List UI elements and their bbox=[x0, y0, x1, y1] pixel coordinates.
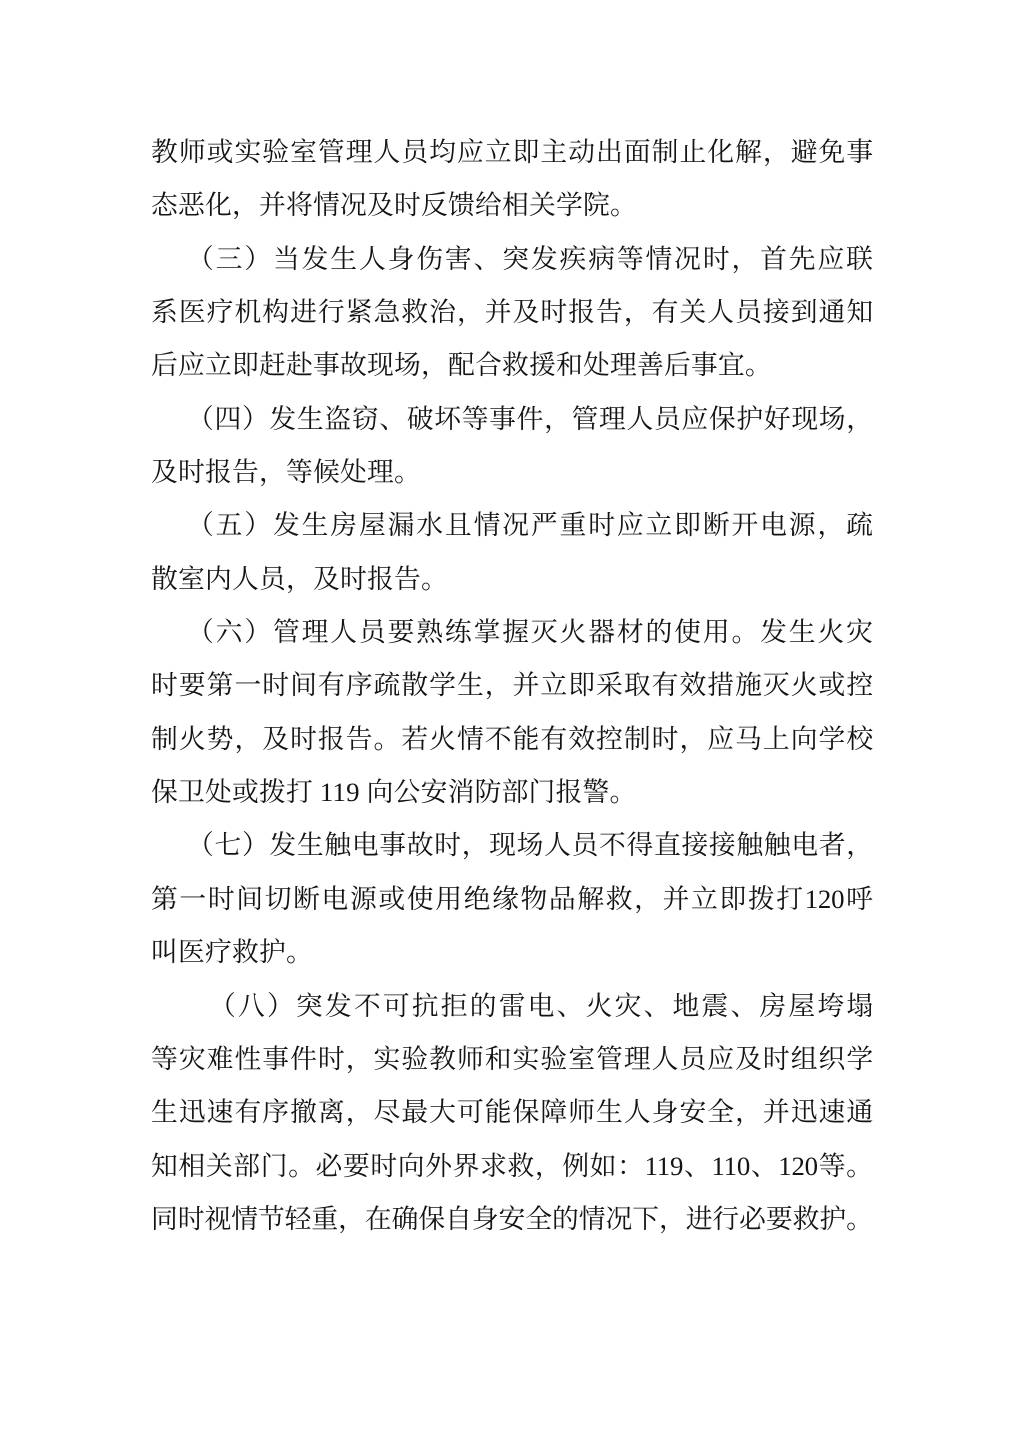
text-token: 第 bbox=[151, 873, 178, 926]
text-token: 突 bbox=[502, 233, 529, 286]
text-token: 事 bbox=[262, 1033, 289, 1086]
text-token: ， bbox=[462, 819, 489, 872]
text-token: 师 bbox=[457, 1033, 484, 1086]
text-token: 。 bbox=[846, 1193, 873, 1246]
text-token: 电 bbox=[352, 819, 379, 872]
text-token: 序 bbox=[262, 1086, 289, 1139]
text-token: 和 bbox=[485, 1033, 512, 1086]
text-token: 况 bbox=[502, 499, 529, 552]
text-token: 使 bbox=[407, 873, 434, 926]
text-token: 护 bbox=[819, 1193, 846, 1246]
text-token: 有 bbox=[652, 286, 679, 339]
text-token: 有 bbox=[652, 659, 679, 712]
text-token: 有 bbox=[540, 713, 567, 766]
text-token: 措 bbox=[707, 659, 734, 712]
text-token: 病 bbox=[588, 233, 615, 286]
text-token: 验 bbox=[262, 126, 289, 179]
text-token: 管 bbox=[572, 393, 599, 446]
text-token: ， bbox=[234, 713, 261, 766]
text-token: 构 bbox=[262, 286, 289, 339]
text-token: 况 bbox=[674, 233, 701, 286]
text-token: 盗 bbox=[324, 393, 351, 446]
text-token: 漏 bbox=[388, 499, 415, 552]
text-token: 窃 bbox=[352, 393, 379, 446]
text-token: 电 bbox=[760, 499, 787, 552]
text-token: 撤 bbox=[290, 1086, 317, 1139]
text-token: 绝 bbox=[464, 873, 491, 926]
text-token: ， bbox=[679, 713, 706, 766]
text-token: 视 bbox=[204, 1193, 231, 1246]
text-token: 电 bbox=[322, 873, 349, 926]
text-token: 。 bbox=[288, 1140, 315, 1193]
text-token: 生 bbox=[297, 393, 324, 446]
text-token: 坏 bbox=[434, 393, 461, 446]
text-token: 火 bbox=[560, 606, 587, 659]
text-token: 性 bbox=[234, 1033, 261, 1086]
text-token: 告 bbox=[596, 286, 623, 339]
text-token: 发 bbox=[531, 233, 558, 286]
text-token: 情 bbox=[231, 1193, 258, 1246]
text-line: 制火势，及时报告。若火情不能有效控制时，应马上向学校 bbox=[151, 713, 873, 766]
text-token: 确 bbox=[392, 1193, 419, 1246]
text-token: 水 bbox=[416, 499, 443, 552]
text-token: 一 bbox=[179, 873, 206, 926]
text-token: 自 bbox=[445, 1193, 472, 1246]
text-token: 可 bbox=[457, 1086, 484, 1139]
text-token: 员 bbox=[679, 1033, 706, 1086]
text-token: 室 bbox=[290, 126, 317, 179]
text-token: 、 bbox=[557, 980, 584, 1033]
text-token: 。 bbox=[846, 1140, 873, 1193]
text-token: 保 bbox=[418, 1193, 445, 1246]
text-token: 事 bbox=[379, 819, 406, 872]
text-token: 员 bbox=[359, 606, 386, 659]
text-token: 六 bbox=[216, 606, 243, 659]
text-token: ， bbox=[624, 286, 651, 339]
text-token: 或 bbox=[819, 659, 846, 712]
text-token: ） bbox=[244, 499, 271, 552]
text-token: 关 bbox=[679, 286, 706, 339]
text-token: 灭 bbox=[531, 606, 558, 659]
text-token: 并 bbox=[513, 659, 540, 712]
text-token: 房 bbox=[759, 980, 786, 1033]
text-token: 采 bbox=[596, 659, 623, 712]
text-token: 断 bbox=[703, 499, 730, 552]
text-token: 疾 bbox=[560, 233, 587, 286]
text-token: 安 bbox=[679, 1086, 706, 1139]
text-token: 好 bbox=[764, 393, 791, 446]
text-token: 理 bbox=[346, 126, 373, 179]
text-token: 严 bbox=[531, 499, 558, 552]
text-token: 应 bbox=[707, 713, 734, 766]
text-token: 轻 bbox=[285, 1193, 312, 1246]
text-token: 缘 bbox=[492, 873, 519, 926]
text-token: 进 bbox=[290, 286, 317, 339]
text-token: 的 bbox=[646, 606, 673, 659]
text-token: 保 bbox=[513, 1086, 540, 1139]
text-token: 学 bbox=[819, 713, 846, 766]
text-token: 事 bbox=[846, 126, 873, 179]
text-token: 地 bbox=[673, 980, 700, 1033]
text-token: 情 bbox=[474, 499, 501, 552]
text-token: 面 bbox=[624, 126, 651, 179]
text-token: 同 bbox=[151, 1193, 178, 1246]
text-token: 触 bbox=[764, 819, 791, 872]
text-token: ， bbox=[457, 286, 484, 339]
text-token: 行 bbox=[712, 1193, 739, 1246]
text-line: 系医疗机构进行紧急救治，并及时报告，有关人员接到通知 bbox=[151, 286, 873, 339]
text-line: 第一时间切断电源或使用绝缘物品解救，并立即拨打120呼 bbox=[151, 873, 873, 926]
text-token: 全 bbox=[707, 1086, 734, 1139]
text-token: 节 bbox=[258, 1193, 285, 1246]
text-token: 断 bbox=[293, 873, 320, 926]
text-token: 五 bbox=[216, 499, 243, 552]
text-token: 通 bbox=[846, 1086, 873, 1139]
text-token: 疗 bbox=[207, 286, 234, 339]
text-token: 120 bbox=[805, 873, 845, 926]
text-token: 人 bbox=[330, 606, 357, 659]
text-token: 件 bbox=[517, 393, 544, 446]
text-token: 身 bbox=[472, 1193, 499, 1246]
text-token: 医 bbox=[179, 286, 206, 339]
text-token: 灾 bbox=[846, 606, 873, 659]
text-token: 练 bbox=[445, 606, 472, 659]
text-token: 人 bbox=[627, 393, 654, 446]
text-token: 场 bbox=[819, 393, 846, 446]
text-token: 障 bbox=[540, 1086, 567, 1139]
text-token: 要 bbox=[343, 1140, 370, 1193]
text-token: 及 bbox=[735, 1033, 762, 1086]
text-token: 火 bbox=[817, 606, 844, 659]
text-token: 120 bbox=[778, 1140, 818, 1193]
text-token: 师 bbox=[568, 1086, 595, 1139]
text-token: 拒 bbox=[441, 980, 468, 1033]
text-token: ， bbox=[338, 1193, 365, 1246]
text-token: 应 bbox=[457, 126, 484, 179]
text-token: 现 bbox=[489, 819, 516, 872]
text-token: 制 bbox=[624, 713, 651, 766]
text-token: 者 bbox=[819, 819, 846, 872]
text-token: ： bbox=[617, 1140, 644, 1193]
text-token: ， bbox=[763, 126, 790, 179]
text-token: 校 bbox=[846, 713, 873, 766]
text-token: 联 bbox=[846, 233, 873, 286]
text-token: 灭 bbox=[763, 659, 790, 712]
text-token: 即 bbox=[719, 873, 746, 926]
text-token: 管 bbox=[273, 606, 300, 659]
text-token: 握 bbox=[502, 606, 529, 659]
text-token: 教 bbox=[151, 126, 178, 179]
text-token: 验 bbox=[401, 1033, 428, 1086]
text-token: 迅 bbox=[179, 1086, 206, 1139]
text-token: （ bbox=[209, 980, 236, 1033]
text-token: 情 bbox=[579, 1193, 606, 1246]
text-token: 即 bbox=[568, 659, 595, 712]
text-token: 时 bbox=[151, 659, 178, 712]
text-token: 报 bbox=[318, 713, 345, 766]
text-token: 离 bbox=[318, 1086, 345, 1139]
text-line: 知相关部门。必要时向外界求救，例如：119、110、120等。 bbox=[151, 1140, 873, 1193]
text-token: 生 bbox=[151, 1086, 178, 1139]
text-line: 后应立即赶赴事故现场，配合救援和处理善后事宜。 bbox=[151, 339, 873, 392]
text-token: 伤 bbox=[416, 233, 443, 286]
text-token: 房 bbox=[330, 499, 357, 552]
text-token: （ bbox=[187, 393, 214, 446]
text-token: 并 bbox=[485, 286, 512, 339]
text-token: 治 bbox=[429, 286, 456, 339]
text-token: 教 bbox=[429, 1033, 456, 1086]
text-token: 及 bbox=[513, 286, 540, 339]
text-line: 及时报告，等候处理。 bbox=[151, 446, 873, 499]
text-token: 生 bbox=[302, 499, 329, 552]
text-token: 立 bbox=[540, 659, 567, 712]
text-line: 生迅速有序撤离，尽最大可能保障师生人身安全，并迅速通 bbox=[151, 1086, 873, 1139]
text-token: 火 bbox=[179, 713, 206, 766]
text-token: 在 bbox=[365, 1193, 392, 1246]
text-line: （六）管理人员要熟练掌握灭火器材的使用。发生火灾 bbox=[151, 606, 873, 659]
text-token: 时 bbox=[318, 1033, 345, 1086]
text-token: 时 bbox=[540, 286, 567, 339]
text-token: ， bbox=[731, 233, 758, 286]
text-token: 时 bbox=[290, 713, 317, 766]
text-token: 紧 bbox=[346, 286, 373, 339]
text-token: 发 bbox=[269, 819, 296, 872]
text-token: ， bbox=[735, 1086, 762, 1139]
text-token: 势 bbox=[207, 713, 234, 766]
text-token: ， bbox=[659, 1193, 686, 1246]
text-token: 均 bbox=[429, 126, 456, 179]
text-token: 化 bbox=[707, 126, 734, 179]
text-token: 人 bbox=[544, 819, 571, 872]
text-token: 不 bbox=[485, 713, 512, 766]
text-token: 告 bbox=[346, 713, 373, 766]
text-token: 急 bbox=[374, 286, 401, 339]
text-token: 打 bbox=[776, 873, 803, 926]
text-token: 品 bbox=[549, 873, 576, 926]
text-token: 人 bbox=[624, 1086, 651, 1139]
text-token: ， bbox=[535, 1140, 562, 1193]
text-token: 垮 bbox=[817, 980, 844, 1033]
text-token: 下 bbox=[632, 1193, 659, 1246]
text-token: 灾 bbox=[179, 1033, 206, 1086]
text-token: 塌 bbox=[846, 980, 873, 1033]
text-token: 首 bbox=[760, 233, 787, 286]
text-token: 施 bbox=[735, 659, 762, 712]
text-token: 四 bbox=[214, 393, 241, 446]
text-token: 人 bbox=[652, 1033, 679, 1086]
text-line: （五）发生房屋漏水且情况严重时应立即断开电源，疏 bbox=[151, 499, 873, 552]
text-token: 管 bbox=[318, 126, 345, 179]
text-token: 物 bbox=[520, 873, 547, 926]
text-token: 生 bbox=[457, 659, 484, 712]
text-token: 人 bbox=[359, 233, 386, 286]
text-token: 况 bbox=[605, 1193, 632, 1246]
text-token: 119 bbox=[645, 1140, 684, 1193]
text-token: 验 bbox=[540, 1033, 567, 1086]
text-token: 序 bbox=[346, 659, 373, 712]
text-token: 时 bbox=[262, 659, 289, 712]
text-token: 切 bbox=[265, 873, 292, 926]
text-token: 应 bbox=[817, 233, 844, 286]
text-token: 关 bbox=[206, 1140, 233, 1193]
text-token: 重 bbox=[311, 1193, 338, 1246]
text-token: 理 bbox=[599, 393, 626, 446]
text-token: 触 bbox=[736, 819, 763, 872]
text-token: ） bbox=[244, 233, 271, 286]
text-token: 抗 bbox=[412, 980, 439, 1033]
text-token: 、 bbox=[684, 1140, 711, 1193]
text-token: 生 bbox=[789, 606, 816, 659]
text-token: （ bbox=[187, 233, 214, 286]
text-token: 有 bbox=[318, 659, 345, 712]
text-token: 即 bbox=[674, 499, 701, 552]
text-token: 制 bbox=[151, 713, 178, 766]
text-token: 大 bbox=[429, 1086, 456, 1139]
text-token: 等 bbox=[819, 1140, 846, 1193]
text-token: 马 bbox=[735, 713, 762, 766]
text-token: 触 bbox=[324, 819, 351, 872]
text-token: 救 bbox=[507, 1140, 534, 1193]
text-token: 电 bbox=[528, 980, 555, 1033]
text-token: 时 bbox=[763, 1033, 790, 1086]
text-token: 可 bbox=[383, 980, 410, 1033]
text-token: 门 bbox=[261, 1140, 288, 1193]
text-token: 知 bbox=[846, 286, 873, 339]
text-token: ， bbox=[817, 499, 844, 552]
text-token: 时 bbox=[370, 1140, 397, 1193]
text-token: 身 bbox=[388, 233, 415, 286]
text-token: 情 bbox=[457, 713, 484, 766]
text-token: 并 bbox=[763, 1086, 790, 1139]
text-token: 向 bbox=[791, 713, 818, 766]
text-token: 要 bbox=[388, 606, 415, 659]
text-token: 解 bbox=[735, 126, 762, 179]
text-token: 通 bbox=[819, 286, 846, 339]
text-token: 室 bbox=[568, 1033, 595, 1086]
text-token: 生 bbox=[330, 233, 357, 286]
text-token: 时 bbox=[703, 233, 730, 286]
text-token: 件 bbox=[290, 1033, 317, 1086]
text-token: 实 bbox=[374, 1033, 401, 1086]
text-token: 理 bbox=[624, 1033, 651, 1086]
text-token: 尽 bbox=[374, 1086, 401, 1139]
text-token: 屋 bbox=[788, 980, 815, 1033]
text-token: 发 bbox=[325, 980, 352, 1033]
text-token: 必 bbox=[739, 1193, 766, 1246]
text-token: 的 bbox=[552, 1193, 579, 1246]
text-token: 避 bbox=[791, 126, 818, 179]
text-token: 破 bbox=[407, 393, 434, 446]
text-token: 第 bbox=[207, 659, 234, 712]
text-token: 员 bbox=[654, 393, 681, 446]
text-token: 向 bbox=[398, 1140, 425, 1193]
text-token: 等 bbox=[462, 393, 489, 446]
text-token: 雷 bbox=[499, 980, 526, 1033]
text-token: 突 bbox=[296, 980, 323, 1033]
text-token: 最 bbox=[401, 1086, 428, 1139]
text-token: 110 bbox=[711, 1140, 750, 1193]
text-token: 必 bbox=[316, 1140, 343, 1193]
text-token: 上 bbox=[763, 713, 790, 766]
text-token: 生 bbox=[596, 1086, 623, 1139]
text-line: 教师或实验室管理人员均应立即主动出面制止化解，避免事 bbox=[151, 126, 873, 179]
document-body: 教师或实验室管理人员均应立即主动出面制止化解，避免事态恶化，并将情况及时反馈给相… bbox=[151, 126, 873, 1246]
text-token: 掌 bbox=[474, 606, 501, 659]
text-token: 应 bbox=[681, 393, 708, 446]
text-token: 时 bbox=[208, 873, 235, 926]
text-token: ） bbox=[242, 393, 269, 446]
text-token: 当 bbox=[273, 233, 300, 286]
text-token: 且 bbox=[445, 499, 472, 552]
text-token: 直 bbox=[654, 819, 681, 872]
text-token: 事 bbox=[489, 393, 516, 446]
text-token: 理 bbox=[302, 606, 329, 659]
text-token: 的 bbox=[470, 980, 497, 1033]
text-token: 救 bbox=[606, 873, 633, 926]
text-token: ， bbox=[485, 659, 512, 712]
text-token: 救 bbox=[401, 286, 428, 339]
text-line: 等灾难性事件时，实验教师和实验室管理人员应及时组织学 bbox=[151, 1033, 873, 1086]
text-token: 、 bbox=[644, 980, 671, 1033]
text-token: 即 bbox=[513, 126, 540, 179]
text-token: 时 bbox=[434, 819, 461, 872]
text-token: 或 bbox=[378, 873, 405, 926]
text-token: 机 bbox=[234, 286, 261, 339]
text-token: 迅 bbox=[791, 1086, 818, 1139]
text-token: 进 bbox=[686, 1193, 713, 1246]
text-token: 或 bbox=[207, 126, 234, 179]
text-token: 并 bbox=[663, 873, 690, 926]
text-token: （ bbox=[187, 606, 214, 659]
text-token: ， bbox=[634, 873, 661, 926]
text-token: 场 bbox=[517, 819, 544, 872]
text-token: 发 bbox=[302, 233, 329, 286]
text-token: 免 bbox=[819, 126, 846, 179]
text-token: 三 bbox=[216, 233, 243, 286]
text-token: 控 bbox=[596, 713, 623, 766]
text-token: 、 bbox=[474, 233, 501, 286]
text-token: 害 bbox=[445, 233, 472, 286]
text-token: 要 bbox=[766, 1193, 793, 1246]
text-line: （八）突发不可抗拒的雷电、火灾、地震、房屋垮塌 bbox=[151, 980, 873, 1033]
text-token: 应 bbox=[617, 499, 644, 552]
text-token: 时 bbox=[178, 1193, 205, 1246]
text-line: 时要第一时间有序疏散学生，并立即采取有效措施灭火或控 bbox=[151, 659, 873, 712]
text-token: 间 bbox=[236, 873, 263, 926]
text-token: 立 bbox=[485, 126, 512, 179]
text-token: ， bbox=[346, 1033, 373, 1086]
text-token: 报 bbox=[568, 286, 595, 339]
text-token: 用 bbox=[435, 873, 462, 926]
text-token: 解 bbox=[577, 873, 604, 926]
text-token: 疏 bbox=[846, 499, 873, 552]
text-token: 火 bbox=[586, 980, 613, 1033]
text-token: 发 bbox=[760, 606, 787, 659]
text-token: 人 bbox=[707, 286, 734, 339]
text-token: 效 bbox=[568, 713, 595, 766]
text-token: 取 bbox=[624, 659, 651, 712]
text-token: （ bbox=[187, 819, 214, 872]
text-token: 呼 bbox=[846, 873, 873, 926]
text-line: 态恶化，并将情况及时反馈给相关学院。 bbox=[151, 179, 873, 232]
text-token: 等 bbox=[617, 233, 644, 286]
text-line: 散室内人员，及时报告。 bbox=[151, 553, 873, 606]
text-token: 如 bbox=[590, 1140, 617, 1193]
text-token: 得 bbox=[627, 819, 654, 872]
text-token: 应 bbox=[707, 1033, 734, 1086]
text-token: 员 bbox=[735, 286, 762, 339]
text-token: 生 bbox=[297, 819, 324, 872]
